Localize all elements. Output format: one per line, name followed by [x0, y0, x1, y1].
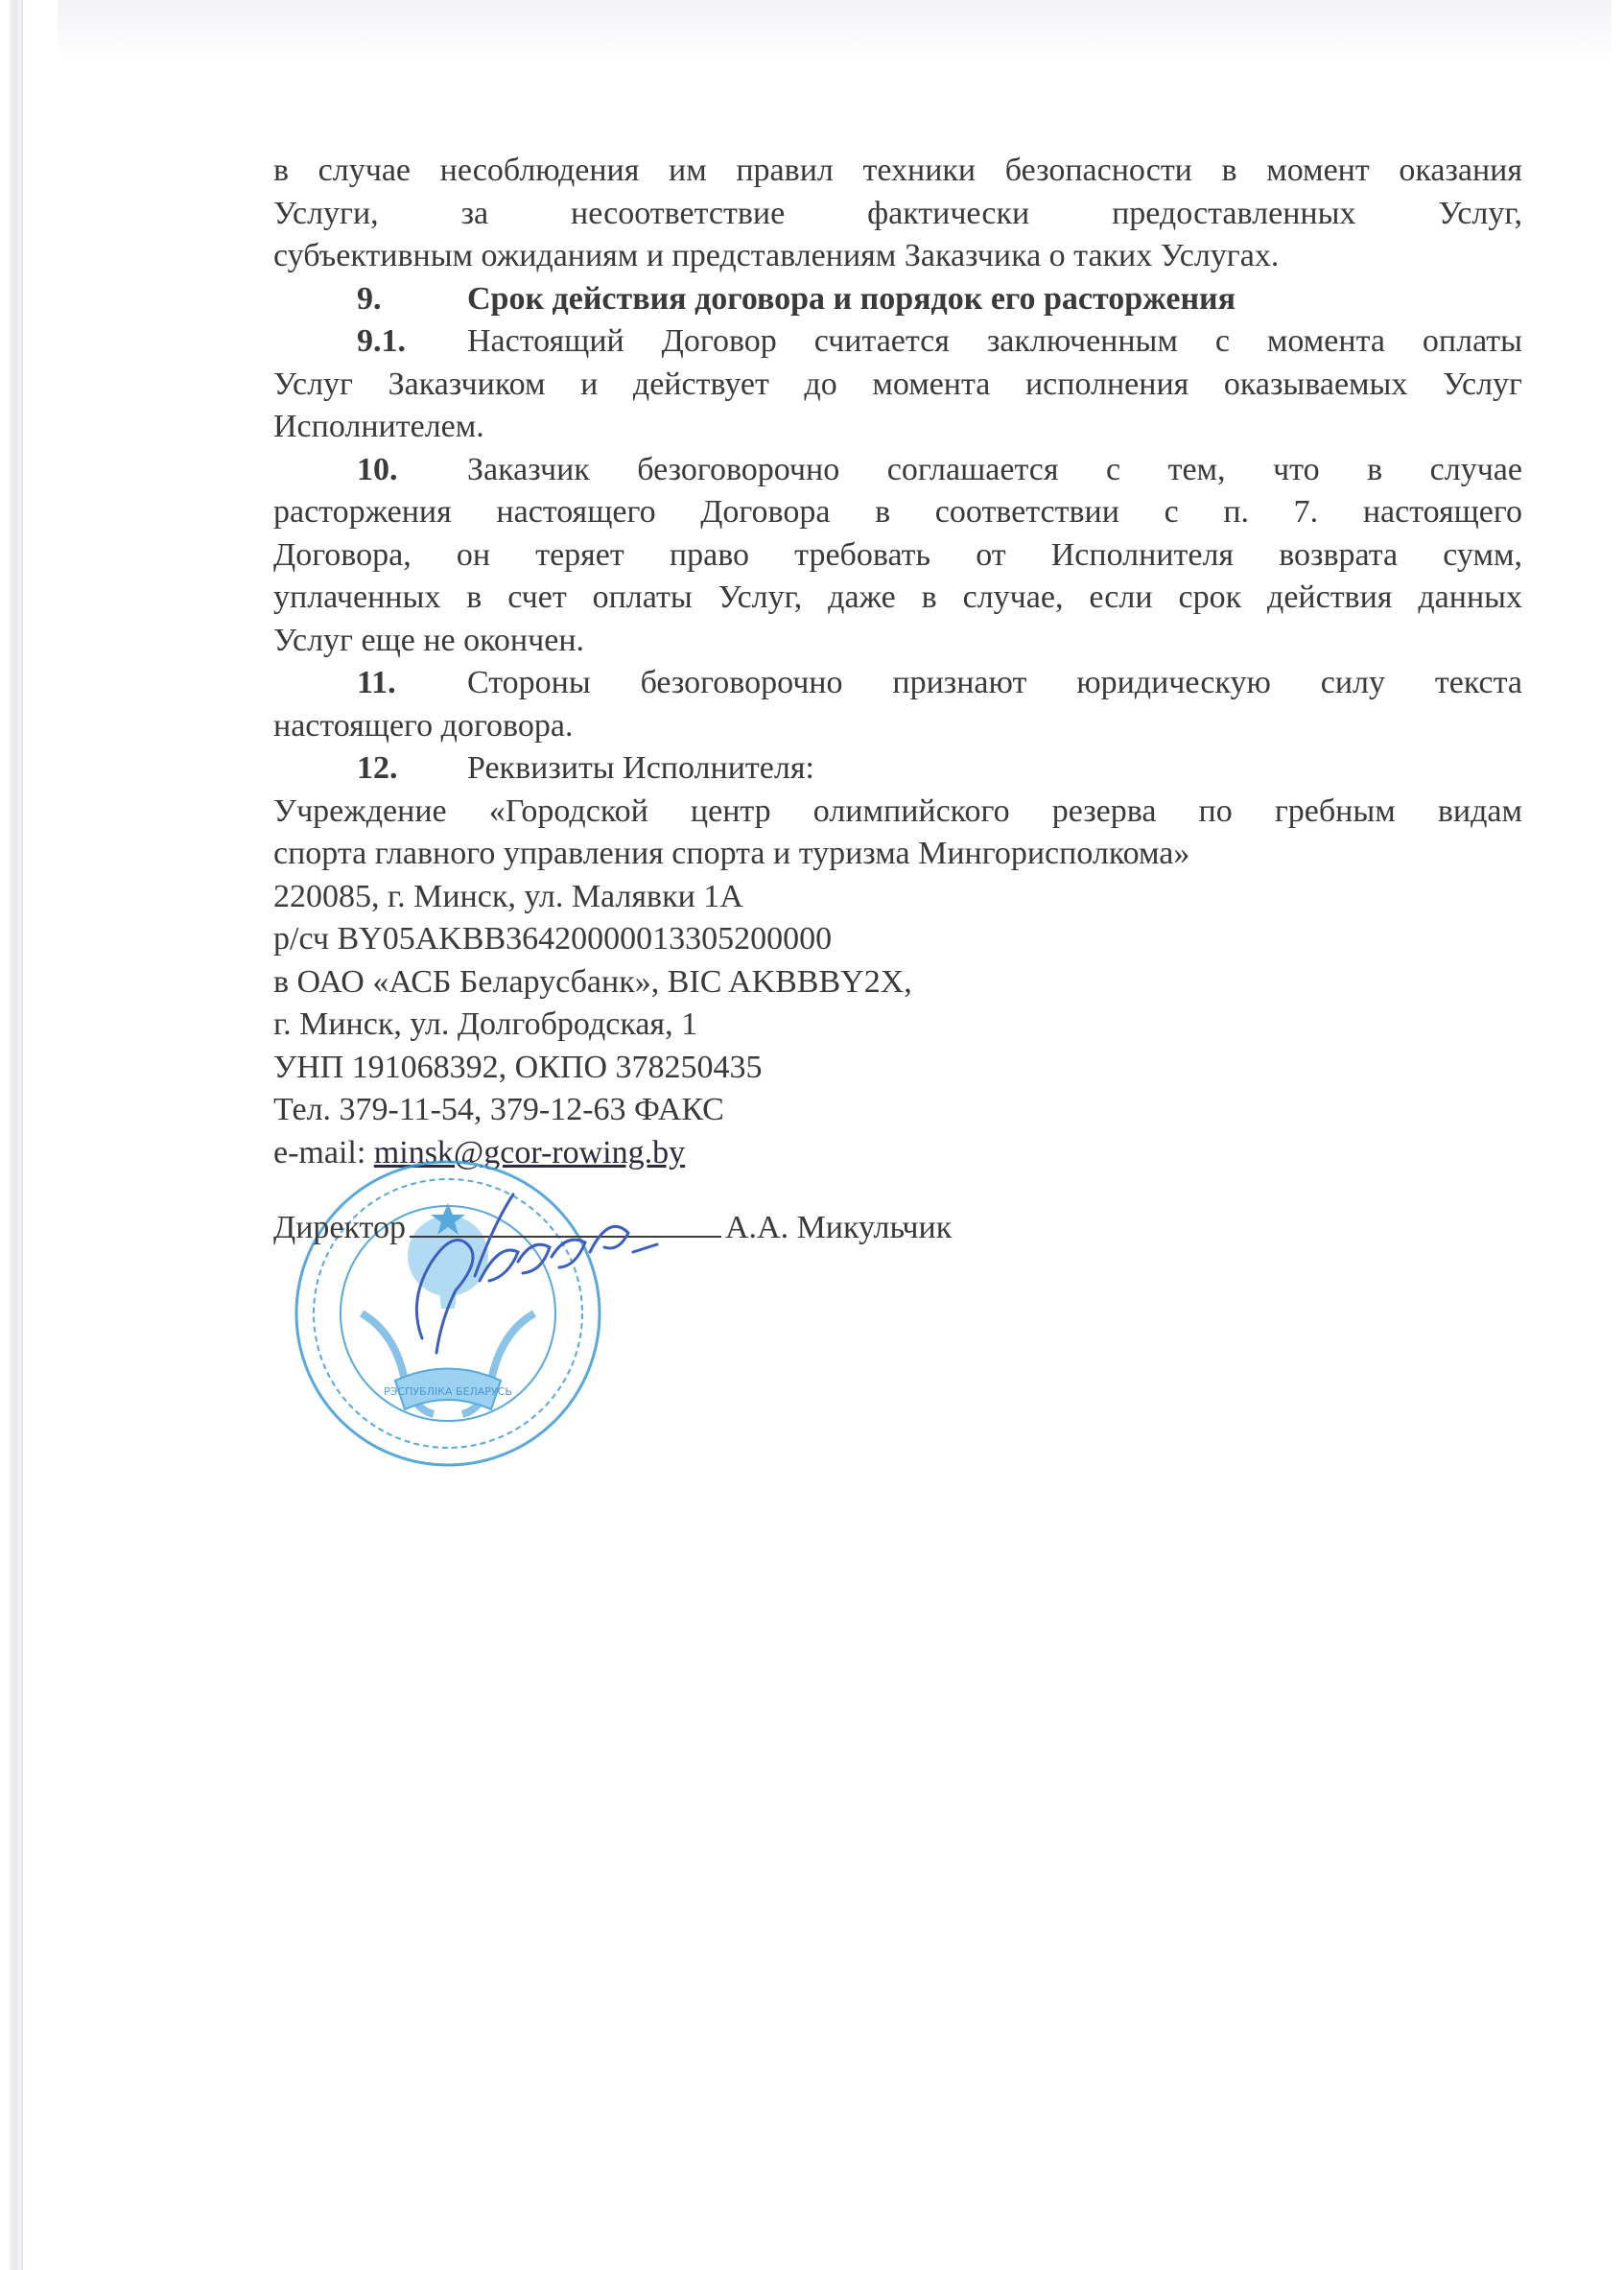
section-title: Срок действия договора и порядок его рас…: [467, 281, 1236, 317]
clause-number: 11.: [357, 662, 467, 705]
text-line: субъективным ожиданиям и представлениям …: [273, 235, 1522, 278]
scan-top-smudge: [58, 0, 1612, 58]
signature-scribble-icon: [398, 1185, 743, 1377]
clause-first-line: 10.Заказчик безоговорочно соглашается с …: [273, 449, 1522, 492]
section-9-heading: 9.Срок действия договора и порядок его р…: [273, 278, 1522, 321]
address: 220085, г. Минск, ул. Малявки 1А: [273, 876, 1522, 919]
clause-number: 12.: [357, 747, 467, 791]
text-line: настоящего договора.: [273, 705, 1522, 748]
clause-text: Реквизиты Исполнителя:: [467, 750, 814, 786]
bank-account: р/сч BY05AKBB36420000013305200000: [273, 918, 1522, 961]
document-page: в случае несоблюдения им правил техники …: [273, 150, 1522, 1283]
registration-ids: УНП 191068392, ОКПО 378250435: [273, 1047, 1522, 1090]
requisites-block: Учреждение «Городской центр олимпийского…: [273, 791, 1522, 1175]
text-line: Услуги, за несоответствие фактически пре…: [273, 193, 1522, 236]
clause-number: 10.: [357, 449, 467, 492]
svg-text:РЭСПУБЛІКА БЕЛАРУСЬ: РЭСПУБЛІКА БЕЛАРУСЬ: [384, 1385, 512, 1398]
section-number: 9.: [357, 278, 467, 321]
text-line: в случае несоблюдения им правил техники …: [273, 150, 1522, 193]
text-line: уплаченных в счет оплаты Услуг, даже в с…: [273, 577, 1522, 620]
text-line: Стороны безоговорочно признают юридическ…: [467, 665, 1522, 700]
org-name-line: Учреждение «Городской центр олимпийского…: [273, 791, 1522, 834]
clause-10: 10.Заказчик безоговорочно соглашается с …: [273, 449, 1522, 663]
text-line: Услуг еще не окончен.: [273, 620, 1522, 663]
clause-number: 9.1.: [357, 320, 467, 364]
text-line: Исполнителем.: [273, 406, 1522, 449]
bank-name: в ОАО «АСБ Беларусбанк», BIC AKBBBY2X,: [273, 961, 1522, 1005]
clause-12: 12.Реквизиты Исполнителя:: [273, 747, 1522, 791]
text-line: Услуг Заказчиком и действует до момента …: [273, 364, 1522, 407]
scan-edge-line: [21, 0, 23, 2270]
text-line: Заказчик безоговорочно соглашается с тем…: [467, 452, 1522, 487]
signer-position: Директор: [273, 1210, 406, 1245]
clause-first-line: 9.1.Настоящий Договор считается заключен…: [273, 320, 1522, 364]
intro-paragraph: в случае несоблюдения им правил техники …: [273, 150, 1522, 278]
phones: Тел. 379-11-54, 379-12-63 ФАКС: [273, 1089, 1522, 1132]
text-line: Договора, он теряет право требовать от И…: [273, 534, 1522, 578]
text-line: расторжения настоящего Договора в соотве…: [273, 491, 1522, 534]
clause-9-1: 9.1.Настоящий Договор считается заключен…: [273, 320, 1522, 449]
clause-11: 11.Стороны безоговорочно признают юридич…: [273, 662, 1522, 747]
bank-address: г. Минск, ул. Долгобродская, 1: [273, 1004, 1522, 1047]
clause-first-line: 11.Стороны безоговорочно признают юридич…: [273, 662, 1522, 705]
text-line: Настоящий Договор считается заключенным …: [467, 323, 1522, 359]
org-name-line: спорта главного управления спорта и тури…: [273, 833, 1522, 876]
signer-name: А.А. Микульчик: [725, 1210, 952, 1245]
